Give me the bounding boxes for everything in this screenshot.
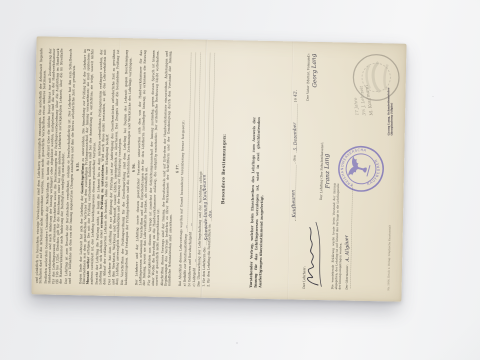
document-page: und pünktlich zu besuchen; etwaige Versä… (31, 36, 406, 301)
contract-clause-bold: Vorstehender Vertrag, welcher beim Einsc… (249, 117, 266, 288)
handwritten-city: Kaufbeuren (291, 190, 297, 218)
photo-background: und pünktlich zu besuchen; etwaige Versä… (0, 0, 480, 360)
contract-text-column: und pünktlich zu besuchen; etwaige Versä… (35, 48, 222, 287)
printer-imprint: Nr. 1014. Druck u. Verlag: Graphische Ku… (387, 190, 392, 290)
document-paper: und pünktlich zu besuchen; etwaige Versä… (31, 36, 406, 301)
day-blank: 5. Dezember (292, 104, 297, 154)
document-content: und pünktlich zu besuchen; etwaige Versä… (31, 36, 406, 301)
date-line: Kaufbeuren , den 5. Dezember 19 42. (290, 57, 298, 221)
vater-label: Der Vater (Mutter, Vormund): (305, 53, 311, 161)
obermeister-label: Der Obermeister: (345, 264, 349, 289)
pencil-note: 17 Jahre (353, 97, 360, 115)
firm-rubber-stamp: Georg Lang, Schmiedemeister Obergünzburg… (387, 51, 394, 135)
pencil-annotations: 17 Jahre 3½ J. Lehrzeit M. Kaufmann (352, 49, 373, 116)
city-blank: Kaufbeuren (291, 165, 296, 221)
dust-speck (236, 342, 238, 344)
handwritten-value: — (193, 259, 197, 262)
obermeister-line: Der Obermeister: A. Allgäuer (343, 184, 352, 290)
registration-note: Die vorstehende Erklärung wurde heute be… (331, 183, 353, 289)
eagle-icon (348, 156, 372, 181)
handwritten-date: 5. Dezember (292, 122, 298, 150)
lehrling-signature-block: Der Lehrling (Der Schulentlassene): Fran… (319, 113, 332, 230)
obermeister-ink-signature: A. Allgäuer (344, 235, 351, 262)
dust-speck (432, 96, 434, 97)
vater-ink-signature: Georg Lang (310, 53, 318, 87)
handwritten-innung-entry: dto. (207, 210, 212, 218)
handwritten-year: 42. (293, 90, 298, 97)
